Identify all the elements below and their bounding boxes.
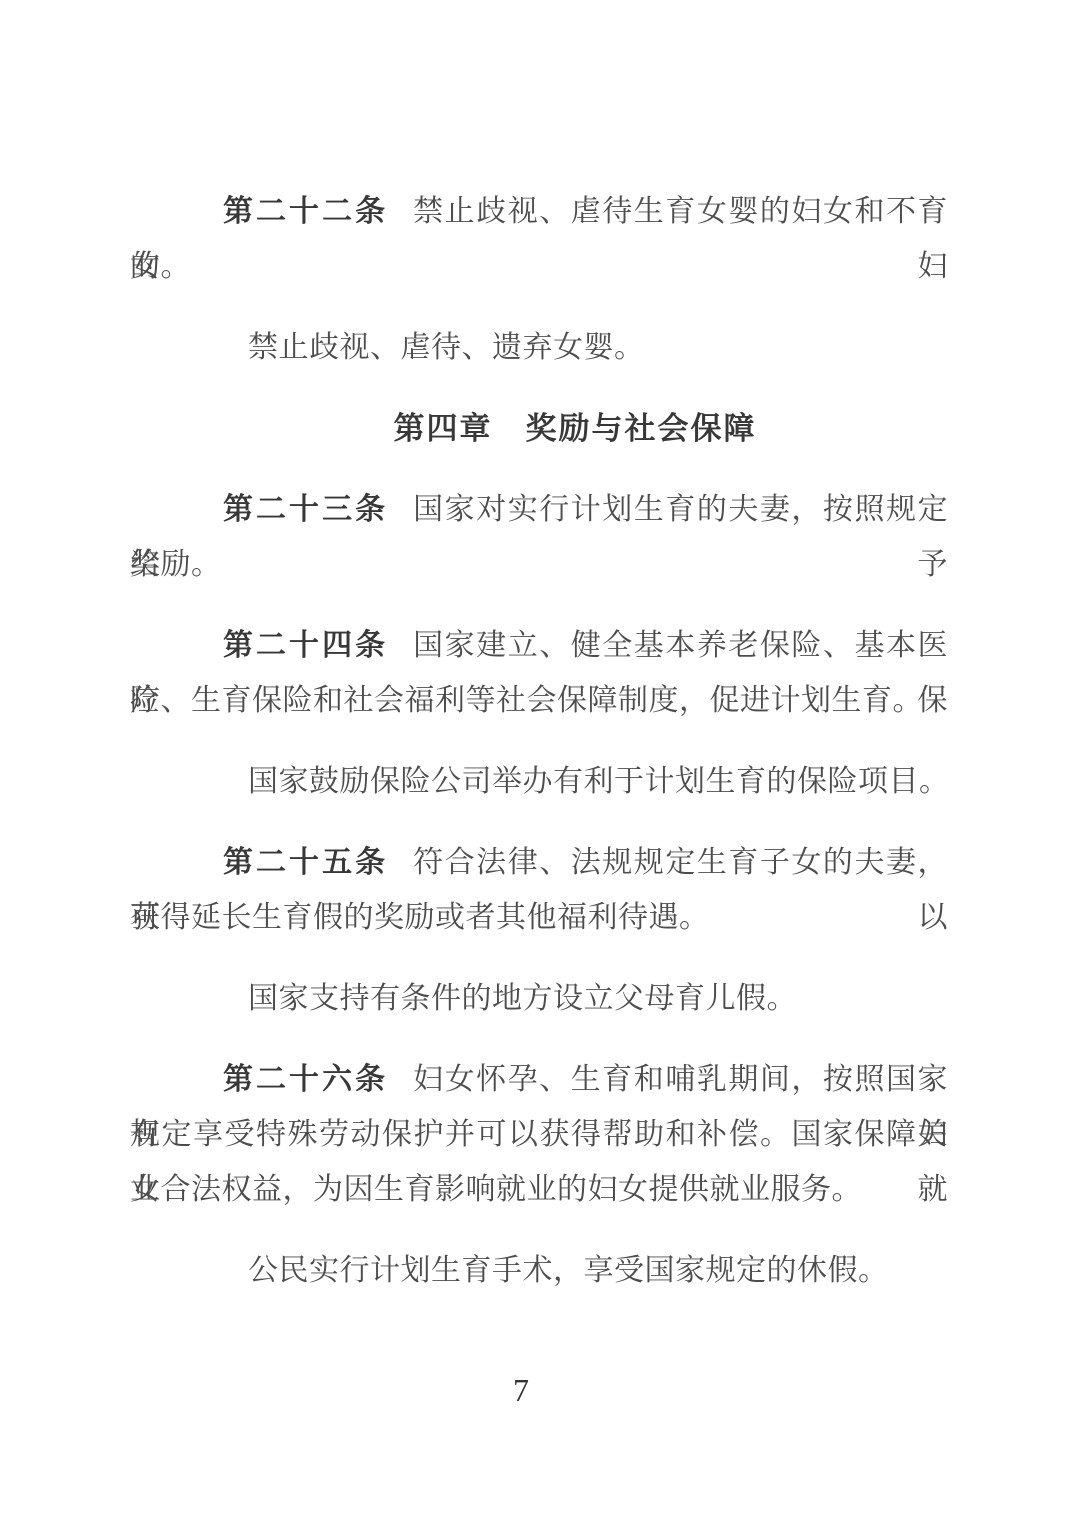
- body-paragraph: 禁止歧视、虐待、遗弃女婴。: [130, 320, 948, 375]
- paragraph-line: 险、生育保险和社会福利等社会保障制度，促进计划生育。: [130, 673, 948, 728]
- body-paragraph: 国家支持有条件的地方设立父母育儿假。: [130, 971, 948, 1026]
- article-number: 第二十五条: [223, 846, 388, 879]
- article-24-paragraph: 第二十四条国家建立、健全基本养老保险、基本医疗保 险、生育保险和社会福利等社会保…: [130, 618, 948, 728]
- paragraph-line: 第二十六条妇女怀孕、生育和哺乳期间，按照国家有关: [130, 1052, 948, 1107]
- article-number: 第二十三条: [223, 493, 388, 526]
- paragraph-line: 业合法权益，为因生育影响就业的妇女提供就业服务。: [130, 1162, 948, 1217]
- paragraph-line: 第二十五条符合法律、法规规定生育子女的夫妻，可以: [130, 835, 948, 890]
- article-number: 第二十二条: [223, 195, 388, 228]
- paragraph-line: 禁止歧视、虐待、遗弃女婴。: [130, 320, 948, 375]
- paragraph-line: 第二十三条国家对实行计划生育的夫妻，按照规定给予: [130, 482, 948, 537]
- article-22-paragraph: 第二十二条禁止歧视、虐待生育女婴的妇女和不育的妇 女。: [130, 184, 948, 294]
- article-number: 第二十六条: [223, 1063, 388, 1096]
- document-page: 第二十二条禁止歧视、虐待生育女婴的妇女和不育的妇 女。 禁止歧视、虐待、遗弃女婴…: [0, 0, 1074, 1520]
- article-23-paragraph: 第二十三条国家对实行计划生育的夫妻，按照规定给予 奖励。: [130, 482, 948, 592]
- article-number: 第二十四条: [223, 629, 388, 662]
- paragraph-line: 第二十四条国家建立、健全基本养老保险、基本医疗保: [130, 618, 948, 673]
- chapter-heading: 第四章 奖励与社会保障: [166, 401, 984, 456]
- paragraph-line: 国家鼓励保险公司举办有利于计划生育的保险项目。: [130, 754, 948, 809]
- page-number: 7: [0, 1372, 1058, 1409]
- paragraph-line: 公民实行计划生育手术，享受国家规定的休假。: [130, 1243, 948, 1298]
- article-25-paragraph: 第二十五条符合法律、法规规定生育子女的夫妻，可以 获得延长生育假的奖励或者其他福…: [130, 835, 948, 945]
- body-paragraph: 公民实行计划生育手术，享受国家规定的休假。: [130, 1243, 948, 1298]
- document-body: 第二十二条禁止歧视、虐待生育女婴的妇女和不育的妇 女。 禁止歧视、虐待、遗弃女婴…: [130, 184, 948, 1298]
- body-paragraph: 国家鼓励保险公司举办有利于计划生育的保险项目。: [130, 754, 948, 809]
- paragraph-line: 规定享受特殊劳动保护并可以获得帮助和补偿。国家保障妇女就: [130, 1107, 948, 1162]
- article-26-paragraph: 第二十六条妇女怀孕、生育和哺乳期间，按照国家有关 规定享受特殊劳动保护并可以获得…: [130, 1052, 948, 1217]
- paragraph-line: 第二十二条禁止歧视、虐待生育女婴的妇女和不育的妇: [130, 184, 948, 239]
- paragraph-line: 国家支持有条件的地方设立父母育儿假。: [130, 971, 948, 1026]
